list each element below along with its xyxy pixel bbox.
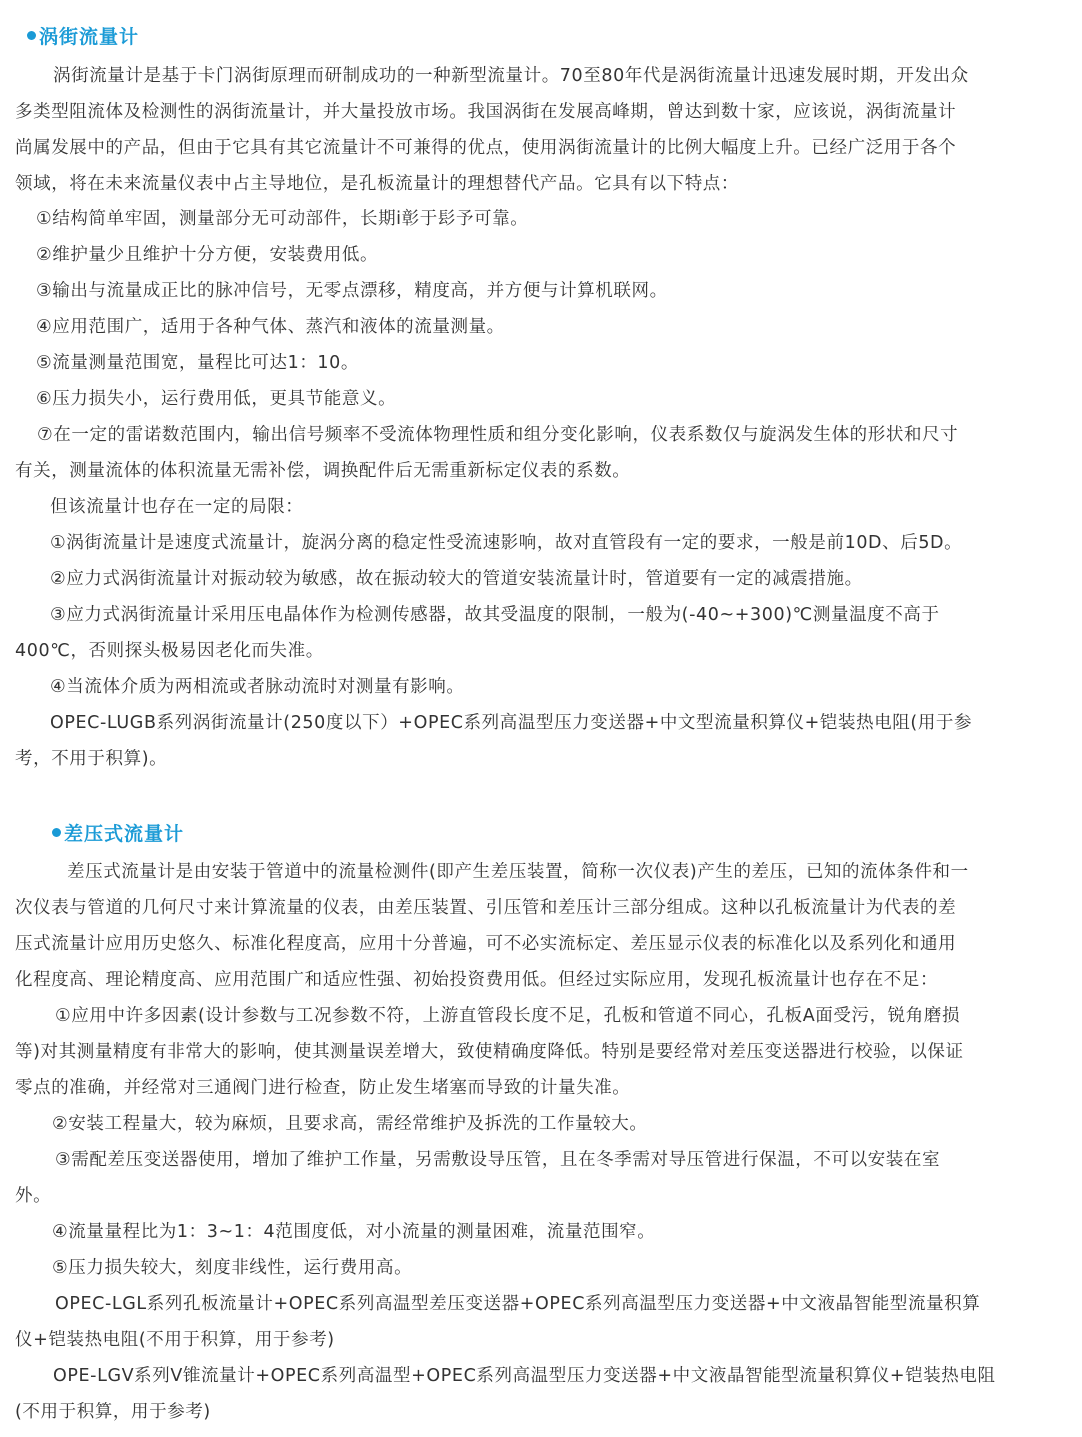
section-heading-vortex: 涡街流量计 xyxy=(27,22,139,49)
list-item: ②安装工程量大，较为麻烦，且要求高，需经常维护及拆洗的工作量较大。 xyxy=(15,1106,1070,1142)
list-item: ②应力式涡街流量计对振动较为敏感，故在振动较大的管道安装流量计时，管道要有一定的… xyxy=(15,561,1070,597)
text-line: 但该流量计也存在一定的局限： xyxy=(15,489,1070,525)
list-item: ④当流体介质为两相流或者脉动流时对测量有影响。 xyxy=(15,669,1070,705)
text-line: 化程度高、理论精度高、应用范围广和适应性强、初始投资费用低。但经过实际应用，发现… xyxy=(15,962,1070,998)
list-item: ③需配差压变送器使用，增加了维护工作量，另需敷设导压管，且在冬季需对导压管进行保… xyxy=(15,1142,1070,1178)
text-line: 压式流量计应用历史悠久、标准化程度高，应用十分普遍，可不必实流标定、差压显示仪表… xyxy=(15,926,1070,962)
list-item: ⑤压力损失较大，刻度非线性，运行费用高。 xyxy=(15,1250,1070,1286)
text-line: 400℃，否则探头极易因老化而失准。 xyxy=(15,633,1070,669)
list-item: ④应用范围广，适用于各种气体、蒸汽和液体的流量测量。 xyxy=(15,309,1070,345)
list-item: ④流量量程比为1：3~1：4范围度低，对小流量的测量困难，流量范围窄。 xyxy=(15,1214,1070,1250)
section-title: 差压式流量计 xyxy=(64,823,184,845)
list-item: ⑤流量测量范围宽，量程比可达1：10。 xyxy=(15,345,1070,381)
list-item: ③应力式涡街流量计采用压电晶体作为检测传感器，故其受温度的限制，一般为(-40~… xyxy=(15,597,1070,633)
text-line: (不用于积算，用于参考) xyxy=(15,1394,1070,1430)
product-combo-line: OPEC-LGL系列孔板流量计+OPEC系列高温型差压变送器+OPEC系列高温型… xyxy=(15,1286,1070,1322)
list-item: ①应用中许多因素(设计参数与工况参数不符，上游直管段长度不足，孔板和管道不同心，… xyxy=(15,998,1070,1034)
text-line: 等)对其测量精度有非常大的影响，使其测量误差增大，致使精确度降低。特别是要经常对… xyxy=(15,1034,1070,1070)
product-combo-line: OPE-LGV系列V锥流量计+OPEC系列高温型+OPEC系列高温型压力变送器+… xyxy=(15,1358,1070,1394)
list-item: ①结构简单牢固，测量部分无可动部件，长期i彰于髟予可靠。 xyxy=(15,201,1070,237)
section-heading-differential-pressure: 差压式流量计 xyxy=(52,819,184,846)
list-item: ③输出与流量成正比的脉冲信号，无零点漂移，精度高，并方便与计算机联网。 xyxy=(15,273,1070,309)
bullet-dot-icon xyxy=(52,828,61,837)
text-line: 差压式流量计是由安装于管道中的流量检测件(即产生差压装置，简称一次仪表)产生的差… xyxy=(15,854,1070,890)
text-line: 考，不用于积算)。 xyxy=(15,741,1070,777)
text-line: 多类型阻流体及检测性的涡街流量计，并大量投放市场。我国涡街在发展高峰期，曾达到数… xyxy=(15,94,1070,130)
list-item: ⑦在一定的雷诺数范围内，输出信号频率不受流体物理性质和组分变化影响，仪表系数仅与… xyxy=(15,417,1070,453)
section-title: 涡街流量计 xyxy=(39,26,139,48)
product-combo-line: OPEC-LUGB系列涡街流量计(250度以下）+OPEC系列高温型压力变送器+… xyxy=(15,705,1070,741)
text-line: 领域，将在未来流量仪表中占主导地位，是孔板流量计的理想替代产品。它具有以下特点： xyxy=(15,166,1070,202)
text-line: 仪+铠装热电阻(不用于积算，用于参考) xyxy=(15,1322,1070,1358)
text-line: 尚属发展中的产品，但由于它具有其它流量计不可兼得的优点，使用涡街流量计的比例大幅… xyxy=(15,130,1070,166)
text-line: 零点的准确，并经常对三通阀门进行检查，防止发生堵塞而导致的计量失准。 xyxy=(15,1070,1070,1106)
text-line: 涡街流量计是基于卡门涡街原理而研制成功的一种新型流量计。70至80年代是涡街流量… xyxy=(15,58,1070,94)
list-item: ①涡街流量计是速度式流量计，旋涡分离的稳定性受流速影响，故对直管段有一定的要求，… xyxy=(15,525,1070,561)
text-line: 次仪表与管道的几何尺寸来计算流量的仪表，由差压装置、引压管和差压计三部分组成。这… xyxy=(15,890,1070,926)
text-line: 外。 xyxy=(15,1178,1070,1214)
text-line: 有关，测量流体的体积流量无需补偿，调换配件后无需重新标定仪表的系数。 xyxy=(15,453,1070,489)
bullet-dot-icon xyxy=(27,31,36,40)
list-item: ⑥压力损失小，运行费用低，更具节能意义。 xyxy=(15,381,1070,417)
list-item: ②维护量少且维护十分方便，安装费用低。 xyxy=(15,237,1070,273)
